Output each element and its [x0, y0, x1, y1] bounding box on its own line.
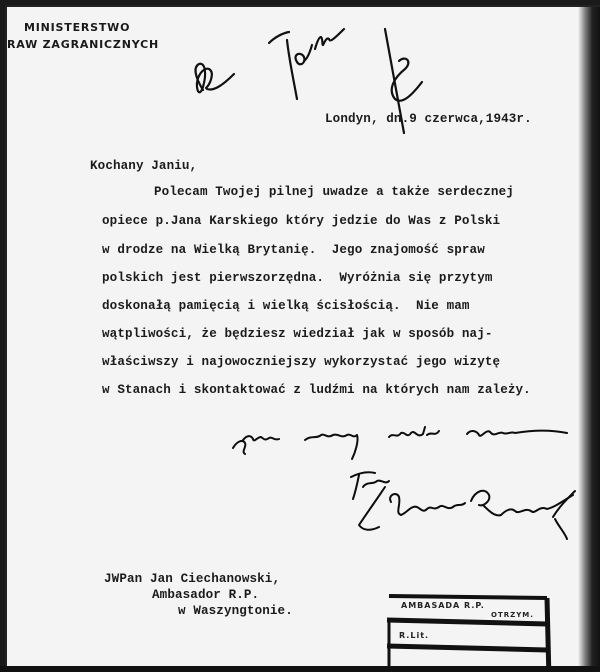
- letter-page: MINISTERSTWO RAW ZAGRANICZNYCH Londyn, d…: [5, 5, 600, 667]
- stamp-line-1: AMBASADA R.P.: [401, 601, 485, 610]
- scan-shadow-edge: [578, 7, 600, 667]
- handwritten-signature: [7, 7, 600, 667]
- recipient-line: JWPan Jan Ciechanowski,: [104, 572, 280, 586]
- received-stamp: AMBASADA R.P. OTRZYM. R.Lit.: [387, 590, 555, 667]
- recipient-line: w Waszyngtonie.: [178, 604, 293, 618]
- scan-border-bottom: [0, 666, 600, 672]
- recipient-line: Ambasador R.P.: [152, 588, 259, 602]
- stamp-line-2: OTRZYM.: [491, 611, 534, 619]
- stamp-line-3: R.Lit.: [399, 631, 429, 640]
